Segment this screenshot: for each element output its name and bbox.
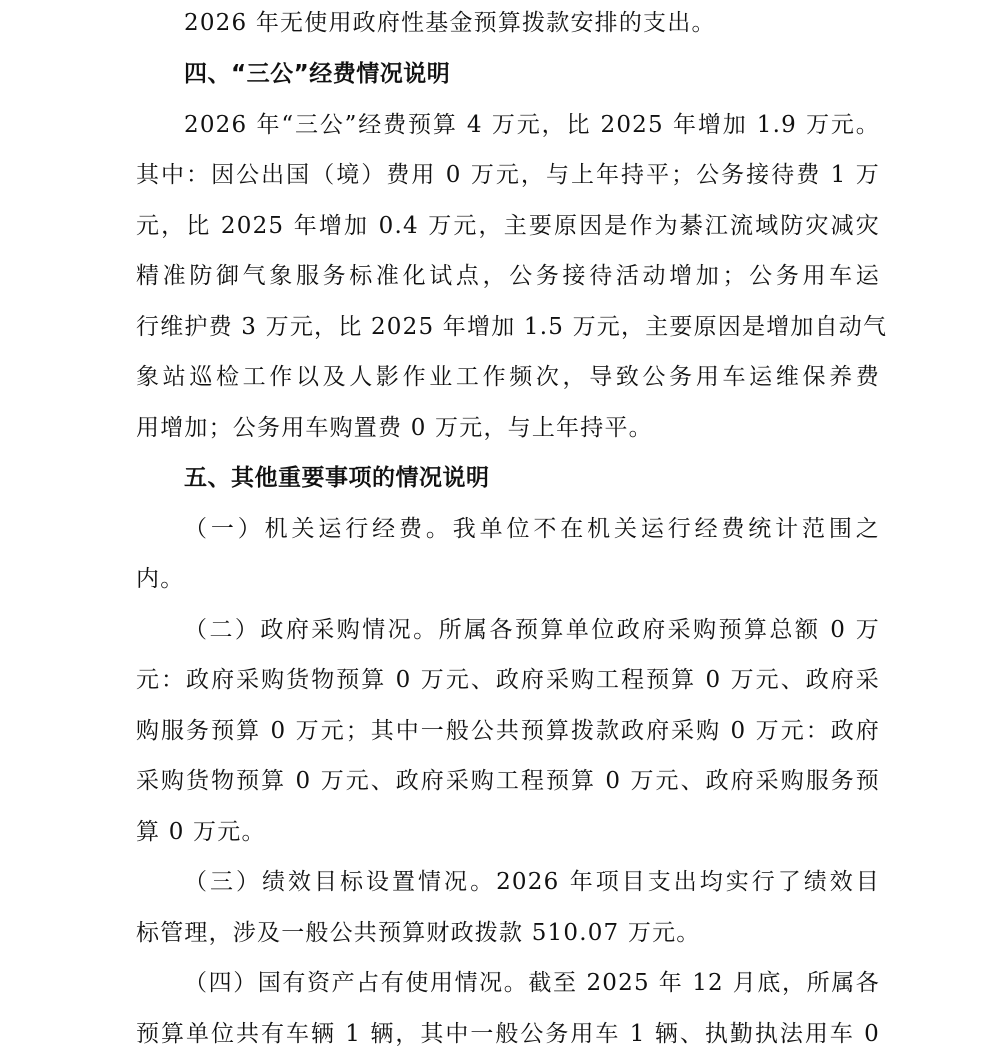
paragraph-line: （三）绩效目标设置情况。2026 年项目支出均实行了绩效目: [184, 867, 880, 897]
paragraph-line: （一）机关运行经费。我单位不在机关运行经费统计范围之: [184, 514, 880, 544]
paragraph-line: 象站巡检工作以及人影作业工作频次，导致公务用车运维保养费: [136, 362, 880, 392]
paragraph-line: 标管理，涉及一般公共预算财政拨款 510.07 万元。: [136, 918, 880, 948]
section-heading: 五、其他重要事项的情况说明: [184, 463, 490, 493]
section-heading: 四、“三公”经费情况说明: [184, 59, 450, 89]
paragraph-line: 元：政府采购货物预算 0 万元、政府采购工程预算 0 万元、政府采: [136, 665, 880, 695]
paragraph-line: 2026 年“三公”经费预算 4 万元，比 2025 年增加 1.9 万元。: [184, 110, 880, 140]
paragraph-line: 用增加；公务用车购置费 0 万元，与上年持平。: [136, 413, 880, 443]
paragraph-line: 行维护费 3 万元，比 2025 年增加 1.5 万元，主要原因是增加自动气: [136, 312, 880, 342]
paragraph-line: 算 0 万元。: [136, 817, 880, 847]
paragraph-line: 内。: [136, 564, 880, 594]
paragraph-line: 其中：因公出国（境）费用 0 万元，与上年持平；公务接待费 1 万: [136, 160, 880, 190]
paragraph-line: 购服务预算 0 万元；其中一般公共预算拨款政府采购 0 万元：政府: [136, 716, 880, 746]
paragraph-line: （二）政府采购情况。所属各预算单位政府采购预算总额 0 万: [184, 615, 880, 645]
paragraph-line: （四）国有资产占有使用情况。截至 2025 年 12 月底，所属各: [184, 968, 880, 998]
paragraph-line: 采购货物预算 0 万元、政府采购工程预算 0 万元、政府采购服务预: [136, 766, 880, 796]
paragraph-line: 预算单位共有车辆 1 辆，其中一般公务用车 1 辆、执勤执法用车 0: [136, 1019, 880, 1049]
paragraph-line: 2026 年无使用政府性基金预算拨款安排的支出。: [184, 8, 880, 38]
paragraph-line: 元，比 2025 年增加 0.4 万元，主要原因是作为綦江流域防灾减灾: [136, 211, 880, 241]
document-page: 2026 年无使用政府性基金预算拨款安排的支出。四、“三公”经费情况说明2026…: [0, 0, 1000, 1053]
paragraph-line: 精准防御气象服务标准化试点，公务接待活动增加；公务用车运: [136, 261, 880, 291]
